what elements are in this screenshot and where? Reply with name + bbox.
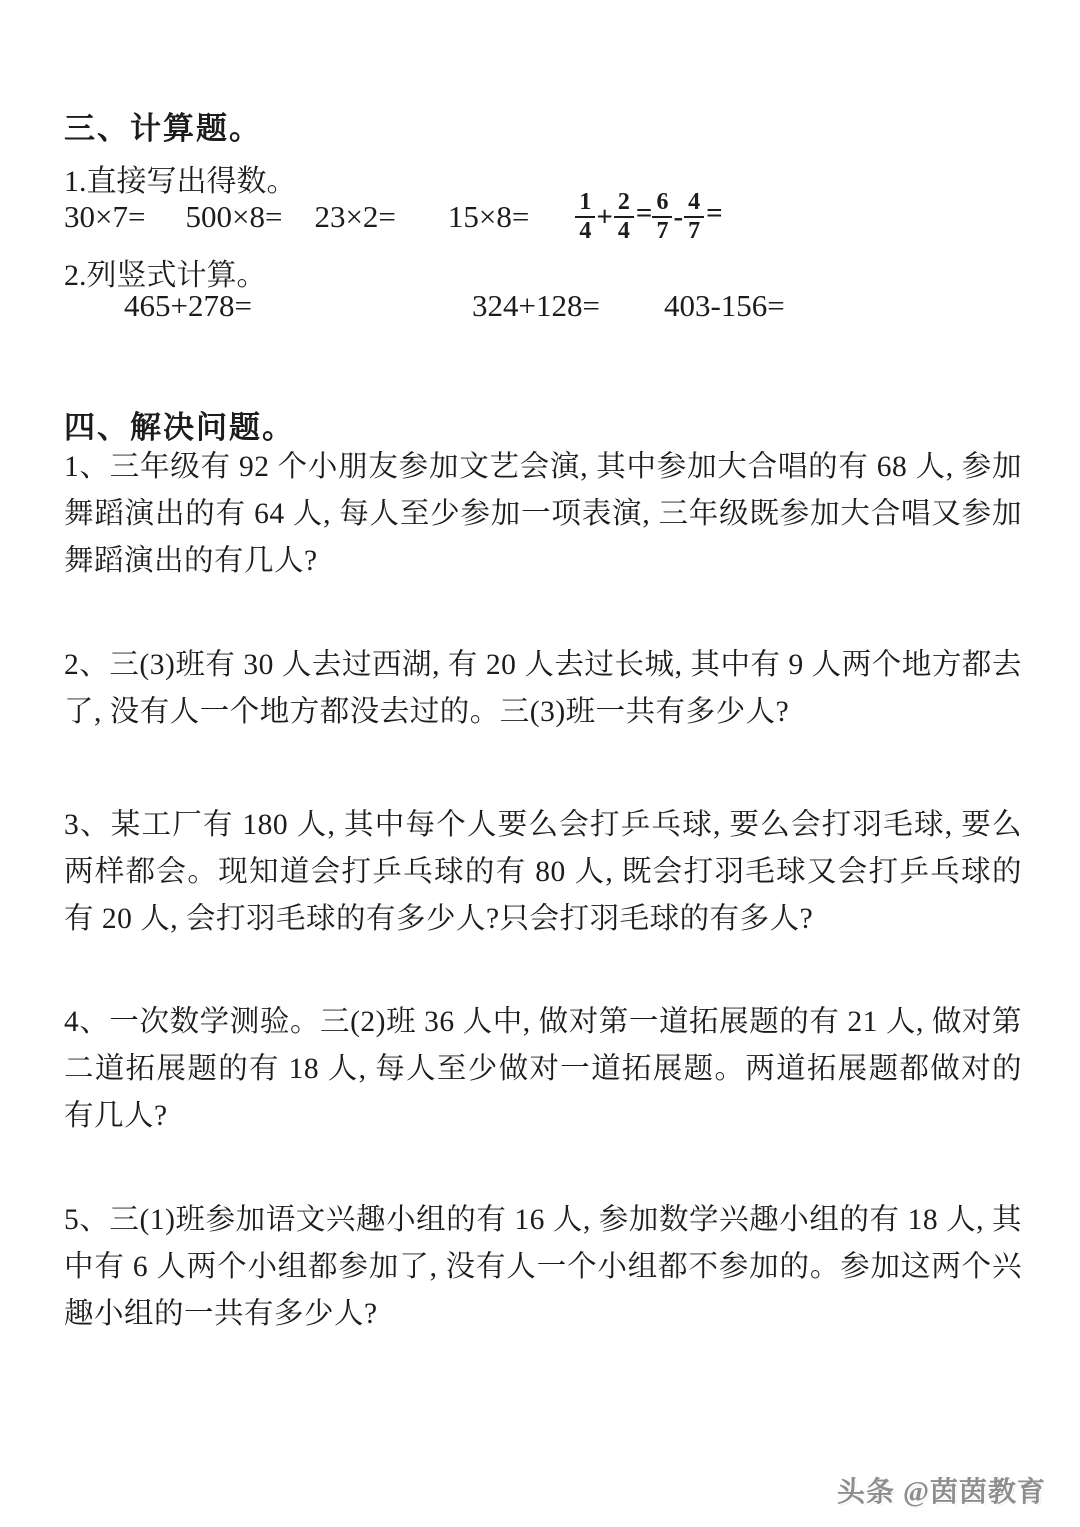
minus-operator: -: [673, 201, 683, 234]
fraction: 6 7: [652, 190, 672, 244]
vertical-calc-row: 465+278= 324+128= 403-156=: [64, 288, 1024, 324]
vertical-item: 403-156=: [664, 288, 785, 324]
numerator: 4: [684, 190, 704, 218]
fraction: 4 7: [684, 190, 704, 244]
oral-item: 500×8=: [185, 199, 282, 235]
word-problem-4: 4、一次数学测验。三(2)班 36 人中, 做对第一道拓展题的有 21 人, 做…: [64, 999, 1022, 1140]
oral-item: 23×2=: [314, 199, 395, 235]
oral-item: 30×7=: [64, 199, 145, 235]
fraction-expression-add: 1 4 + 2 4 =: [575, 190, 652, 244]
word-problem-2: 2、三(3)班有 30 人去过西湖, 有 20 人去过长城, 其中有 9 人两个…: [64, 642, 1022, 736]
fraction-expression-subtract: 6 7 - 4 7 =: [652, 190, 722, 244]
equals-sign: =: [636, 197, 653, 230]
word-problem-1: 1、三年级有 92 个小朋友参加文艺会演, 其中参加大合唱的有 68 人, 参加…: [64, 444, 1022, 585]
fraction: 2 4: [614, 190, 634, 244]
worksheet-page: 三、计算题。 1.直接写出得数。 30×7= 500×8= 23×2= 15×8…: [0, 0, 1080, 1527]
word-problem-5: 5、三(1)班参加语文兴趣小组的有 16 人, 参加数学兴趣小组的有 18 人,…: [64, 1197, 1022, 1338]
denominator: 7: [688, 218, 700, 244]
denominator: 7: [656, 218, 668, 244]
equals-sign: =: [706, 197, 723, 230]
oral-item: 15×8=: [448, 199, 529, 235]
section-four-title: 四、解决问题。: [64, 402, 295, 447]
watermark: 头条 @茵茵教育: [837, 1470, 1046, 1510]
word-problem-3: 3、某工厂有 180 人, 其中每个人要么会打乒乓球, 要么会打羽毛球, 要么两…: [64, 802, 1022, 943]
numerator: 6: [652, 190, 672, 218]
numerator: 2: [614, 190, 634, 218]
denominator: 4: [579, 218, 591, 244]
numerator: 1: [575, 190, 595, 218]
oral-calc-row: 30×7= 500×8= 23×2= 15×8= 1 4 + 2 4 = 6 7…: [64, 182, 1024, 252]
vertical-item: 465+278=: [124, 288, 252, 324]
vertical-item: 324+128=: [472, 288, 600, 324]
plus-operator: +: [596, 201, 613, 234]
denominator: 4: [618, 218, 630, 244]
fraction: 1 4: [575, 190, 595, 244]
section-three-title: 三、计算题。: [64, 103, 262, 148]
